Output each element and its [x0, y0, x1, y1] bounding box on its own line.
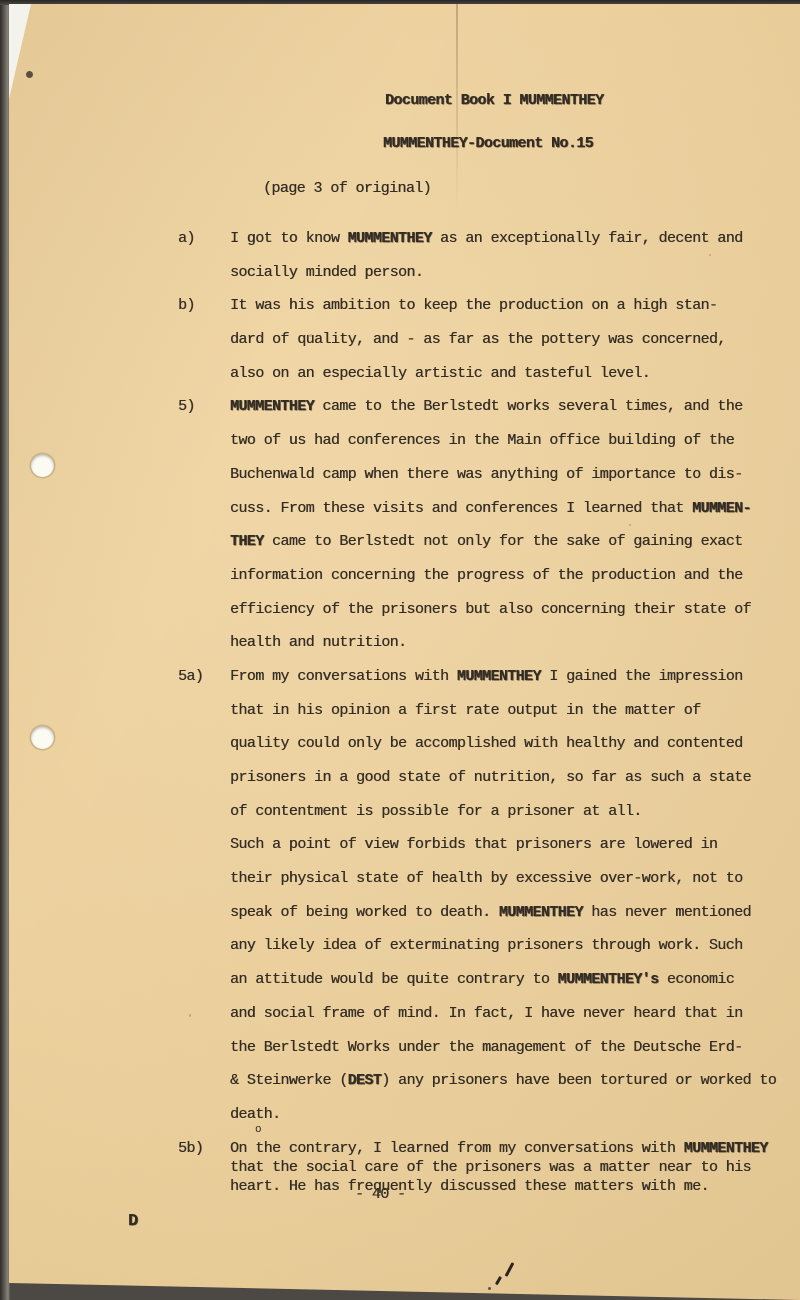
text-line: On the contrary, I learned from my conve…	[230, 1140, 776, 1159]
text-line: two of us had conferences in the Main of…	[230, 432, 776, 466]
text-line: also on an especially artistic and taste…	[230, 365, 776, 399]
text-line: cuss. From these visits and conferences …	[230, 500, 776, 534]
text-line: quality could only be accomplished with …	[230, 735, 776, 769]
text-line: Buchenwald camp when there was anything …	[230, 466, 776, 500]
text-line: THEY came to Berlstedt not only for the …	[230, 533, 776, 567]
paragraph-5: 5)MUMMENTHEY came to the Berlstedt works…	[230, 398, 776, 668]
paragraph-label: a)	[178, 230, 195, 247]
paragraph-a: a)I got to know MUMMENTHEY as an excepti…	[230, 230, 776, 297]
page-number: - 40 -	[355, 1186, 405, 1203]
scan-edge-left	[0, 0, 10, 1300]
paragraph-b: b)It was his ambition to keep the produc…	[230, 297, 776, 398]
page-note: (page 3 of original)	[263, 180, 431, 197]
document-body: a)I got to know MUMMENTHEY as an excepti…	[230, 230, 776, 1197]
text-line: I got to know MUMMENTHEY as an exception…	[230, 230, 776, 264]
text-line: heart. He has frequently discussed these…	[230, 1178, 776, 1197]
document-title-line1: Document Book I MUMMENTHEY	[385, 92, 603, 109]
text-line: Such a point of view forbids that prison…	[230, 836, 776, 870]
text-line: an attitude would be quite contrary to M…	[230, 971, 776, 1005]
text-line: & Steinwerke (DEST) any prisoners have b…	[230, 1072, 776, 1106]
text-line: socially minded person.	[230, 264, 776, 298]
text-line: their physical state of health by excess…	[230, 870, 776, 904]
text-line: prisoners in a good state of nutrition, …	[230, 769, 776, 803]
text-line: health and nutrition.	[230, 634, 776, 668]
text-line: death.	[230, 1106, 776, 1140]
text-line: dard of quality, and - as far as the pot…	[230, 331, 776, 365]
paragraph-5a: 5a)From my conversations with MUMMENTHEY…	[230, 668, 776, 1140]
punch-hole-top	[31, 454, 54, 477]
text-line: that the social care of the prisoners wa…	[230, 1159, 776, 1178]
text-line: efficiency of the prisoners but also con…	[230, 601, 776, 635]
text-line: information concerning the progress of t…	[230, 567, 776, 601]
text-line: MUMMENTHEY came to the Berlstedt works s…	[230, 398, 776, 432]
pen-stroke-icon	[505, 1262, 515, 1277]
paragraph-label: b)	[178, 297, 195, 314]
punch-hole-bottom	[31, 726, 54, 749]
paragraph-label: 5b)	[178, 1140, 203, 1157]
ink-dot	[26, 71, 33, 78]
scanned-document-page: Document Book I MUMMENTHEY MUMMENTHEY-Do…	[0, 0, 800, 1300]
pen-stroke-icon	[495, 1276, 502, 1285]
text-line: From my conversations with MUMMENTHEY I …	[230, 668, 776, 702]
paragraph-label: 5)	[178, 398, 195, 415]
document-title-line2: MUMMENTHEY-Document No.15	[383, 135, 593, 152]
paper-crease	[456, 4, 458, 214]
text-line: the Berlstedt Works under the management…	[230, 1039, 776, 1073]
paper-speck	[189, 1014, 191, 1017]
text-line: any likely idea of exterminating prisone…	[230, 937, 776, 971]
paper-sheet: Document Book I MUMMENTHEY MUMMENTHEY-Do…	[9, 4, 800, 1300]
text-line: of contentment is possible for a prisone…	[230, 803, 776, 837]
paragraph-label: 5a)	[178, 668, 203, 685]
bottom-left-letter-mark: D	[128, 1212, 138, 1231]
handwritten-insertion-mark: o	[255, 1124, 262, 1136]
text-line: and social frame of mind. In fact, I hav…	[230, 1005, 776, 1039]
paragraph-5b: 5b)On the contrary, I learned from my co…	[230, 1140, 776, 1197]
text-line: It was his ambition to keep the producti…	[230, 297, 776, 331]
text-line: that in his opinion a first rate output …	[230, 702, 776, 736]
text-line: speak of being worked to death. MUMMENTH…	[230, 904, 776, 938]
pen-dot-icon	[488, 1287, 491, 1290]
